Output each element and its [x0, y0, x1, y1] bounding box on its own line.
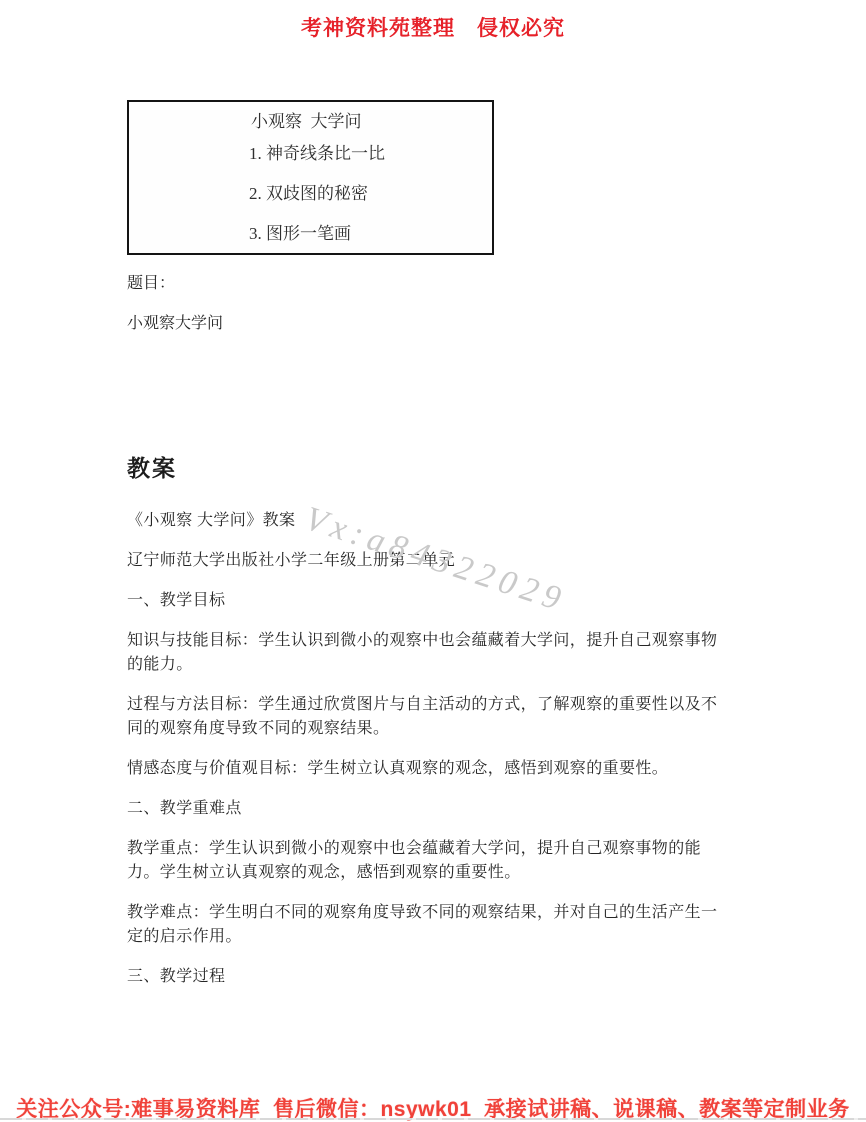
subject-label: 题目：	[127, 272, 223, 296]
paragraph-teaching-focus: 教学重点：学生认识到微小的观察中也会蕴藏着大学问，提升自己观察事物的能 力。学生…	[127, 837, 747, 885]
subject-block: 题目： 小观察大学问	[127, 272, 223, 352]
lesson-plan-heading: 教案	[127, 450, 177, 483]
paragraph-process-goal: 过程与方法目标：学生通过欣赏图片与自主活动的方式，了解观察的重要性以及不 同的观…	[127, 693, 747, 741]
paragraph-knowledge-goal: 知识与技能目标：学生认识到微小的观察中也会蕴藏着大学问，提升自己观察事物 的能力…	[127, 629, 747, 677]
document-page: 考神资料苑整理 侵权必究 小观察 大学问 1. 神奇线条比一比 2. 双歧图的秘…	[0, 0, 866, 1122]
unit-lesson-item-1: 1. 神奇线条比一比	[249, 142, 492, 166]
page-bottom-divider	[0, 1118, 866, 1120]
unit-lesson-item-3: 3. 图形一笔画	[249, 222, 492, 246]
paragraph-plan-title: 《小观察 大学问》教案	[127, 509, 747, 533]
subject-value: 小观察大学问	[127, 312, 223, 336]
paragraph-section-2-heading: 二、教学重难点	[127, 797, 747, 821]
unit-title: 小观察 大学问	[251, 110, 492, 134]
lesson-plan-body: 《小观察 大学问》教案 辽宁师范大学出版社小学二年级上册第二单元 一、教学目标 …	[127, 509, 747, 1005]
unit-contents-box: 小观察 大学问 1. 神奇线条比一比 2. 双歧图的秘密 3. 图形一笔画	[127, 100, 494, 255]
paragraph-teaching-difficulty: 教学难点：学生明白不同的观察角度导致不同的观察结果，并对自己的生活产生一 定的启…	[127, 901, 747, 949]
paragraph-textbook-source: 辽宁师范大学出版社小学二年级上册第二单元	[127, 549, 747, 573]
unit-lesson-item-2: 2. 双歧图的秘密	[249, 182, 492, 206]
paragraph-section-1-heading: 一、教学目标	[127, 589, 747, 613]
paragraph-section-3-heading: 三、教学过程	[127, 965, 747, 989]
paragraph-emotion-goal: 情感态度与价值观目标：学生树立认真观察的观念，感悟到观察的重要性。	[127, 757, 747, 781]
header-copyright-banner: 考神资料苑整理 侵权必究	[0, 12, 866, 42]
